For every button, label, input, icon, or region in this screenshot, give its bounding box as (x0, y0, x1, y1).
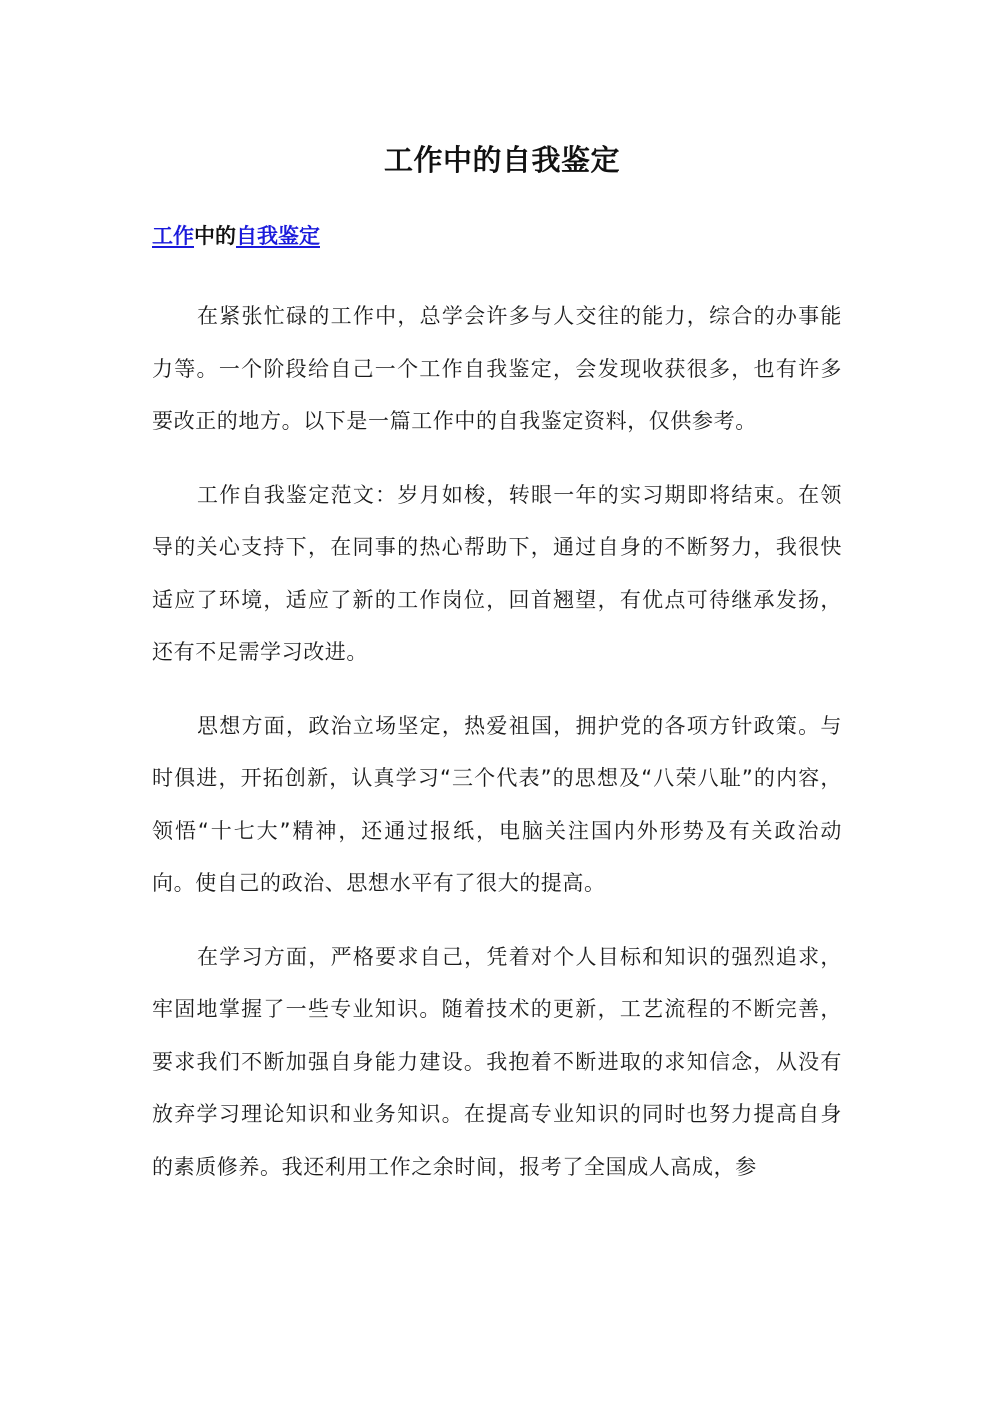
link-ziwo-jianding[interactable]: 自我鉴定 (236, 224, 320, 248)
body-text: 在紧张忙碌的工作中，总学会许多与人交往的能力，综合的办事能力等。一个阶段给自己一… (152, 290, 842, 1214)
document-title: 工作中的自我鉴定 (152, 138, 852, 179)
paragraph-sample-opening: 工作自我鉴定范文：岁月如梭，转眼一年的实习期即将结束。在领导的关心支持下，在同事… (152, 469, 842, 679)
paragraph-study: 在学习方面，严格要求自己，凭着对个人目标和知识的强烈追求，牢固地掌握了一些专业知… (152, 931, 842, 1194)
paragraph-ideology: 思想方面，政治立场坚定，热爱祖国，拥护党的各项方针政策。与时俱进，开拓创新，认真… (152, 700, 842, 910)
link-gongzuo[interactable]: 工作 (152, 224, 194, 248)
paragraph-intro: 在紧张忙碌的工作中，总学会许多与人交往的能力，综合的办事能力等。一个阶段给自己一… (152, 290, 842, 448)
subheading: 工作中的自我鉴定 (152, 220, 320, 250)
subheading-middle-text: 中的 (194, 224, 236, 248)
